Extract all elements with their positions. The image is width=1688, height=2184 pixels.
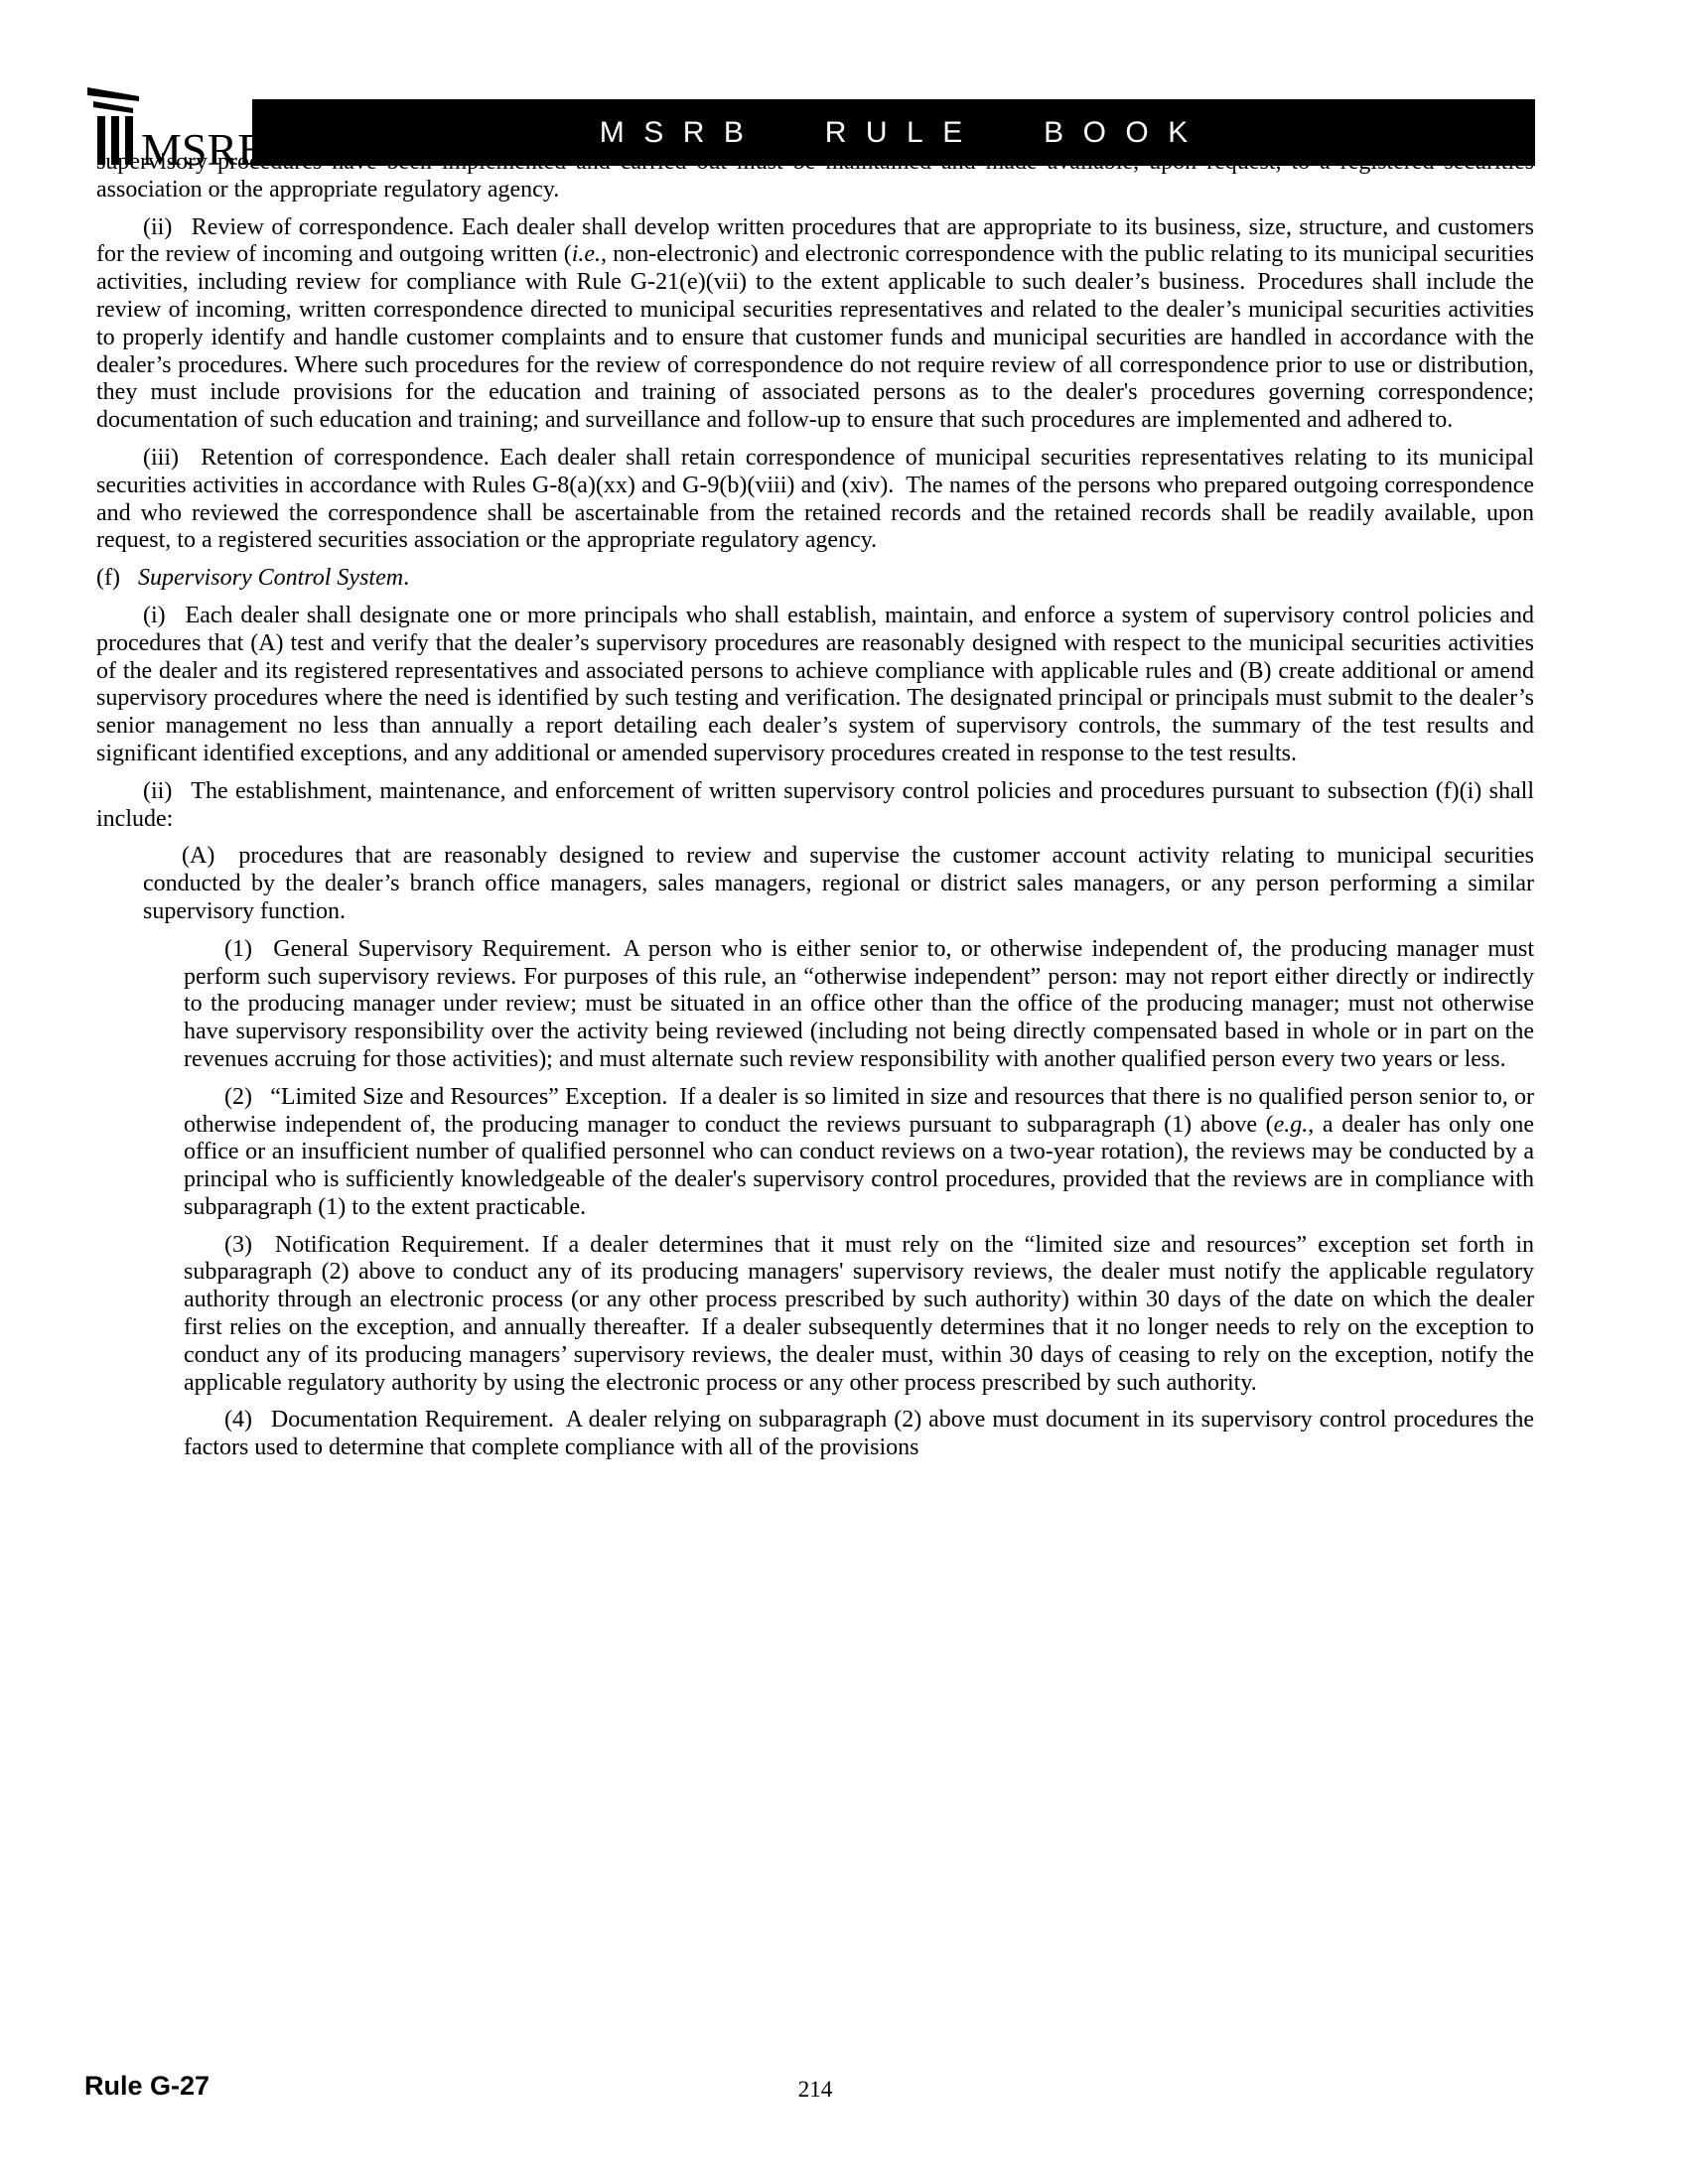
paragraph-A: (A) procedures that are reasonably desig… bbox=[143, 843, 1534, 925]
paragraph-3: (3) Notification Requirement. If a deale… bbox=[184, 1232, 1534, 1398]
paragraph-2: (2) “Limited Size and Resources” Excepti… bbox=[184, 1084, 1534, 1222]
banner-title: MSRB RULE BOOK bbox=[580, 116, 1207, 150]
paragraph-f-i: (i) Each dealer shall designate one or m… bbox=[96, 603, 1534, 768]
paragraph-continuation: supervisory procedures have been impleme… bbox=[96, 149, 1534, 205]
paragraph-1: (1) General Supervisory Requirement. A p… bbox=[184, 936, 1534, 1074]
paragraph-f: (f) Supervisory Control System. bbox=[96, 565, 1534, 593]
document-page: MSRB MSRB RULE BOOK supervisory procedur… bbox=[0, 0, 1688, 2184]
paragraph-f-ii: (ii) The establishment, maintenance, and… bbox=[96, 778, 1534, 834]
paragraph-iii: (iii) Retention of correspondence. Each … bbox=[96, 445, 1534, 555]
paragraph-ii: (ii) Review of correspondence. Each deal… bbox=[96, 214, 1534, 435]
document-body: supervisory procedures have been impleme… bbox=[96, 149, 1534, 1462]
paragraph-4: (4) Documentation Requirement. A dealer … bbox=[184, 1407, 1534, 1462]
page-number: 214 bbox=[96, 2077, 1534, 2103]
